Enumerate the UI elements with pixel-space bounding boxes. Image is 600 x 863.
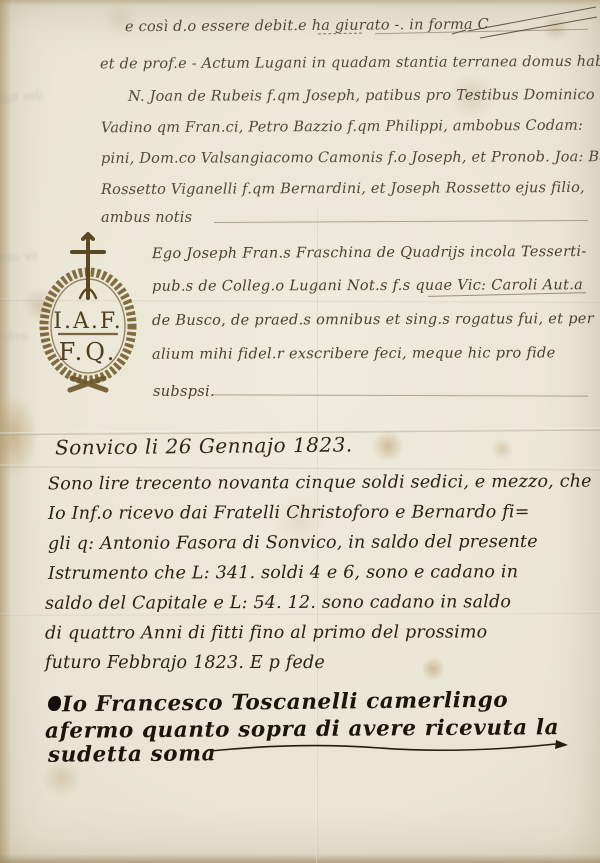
signature-flourish — [0, 0, 600, 863]
manuscript-page: ilm ngil sv ame erle I.A.F. F.Q. — [0, 0, 600, 863]
